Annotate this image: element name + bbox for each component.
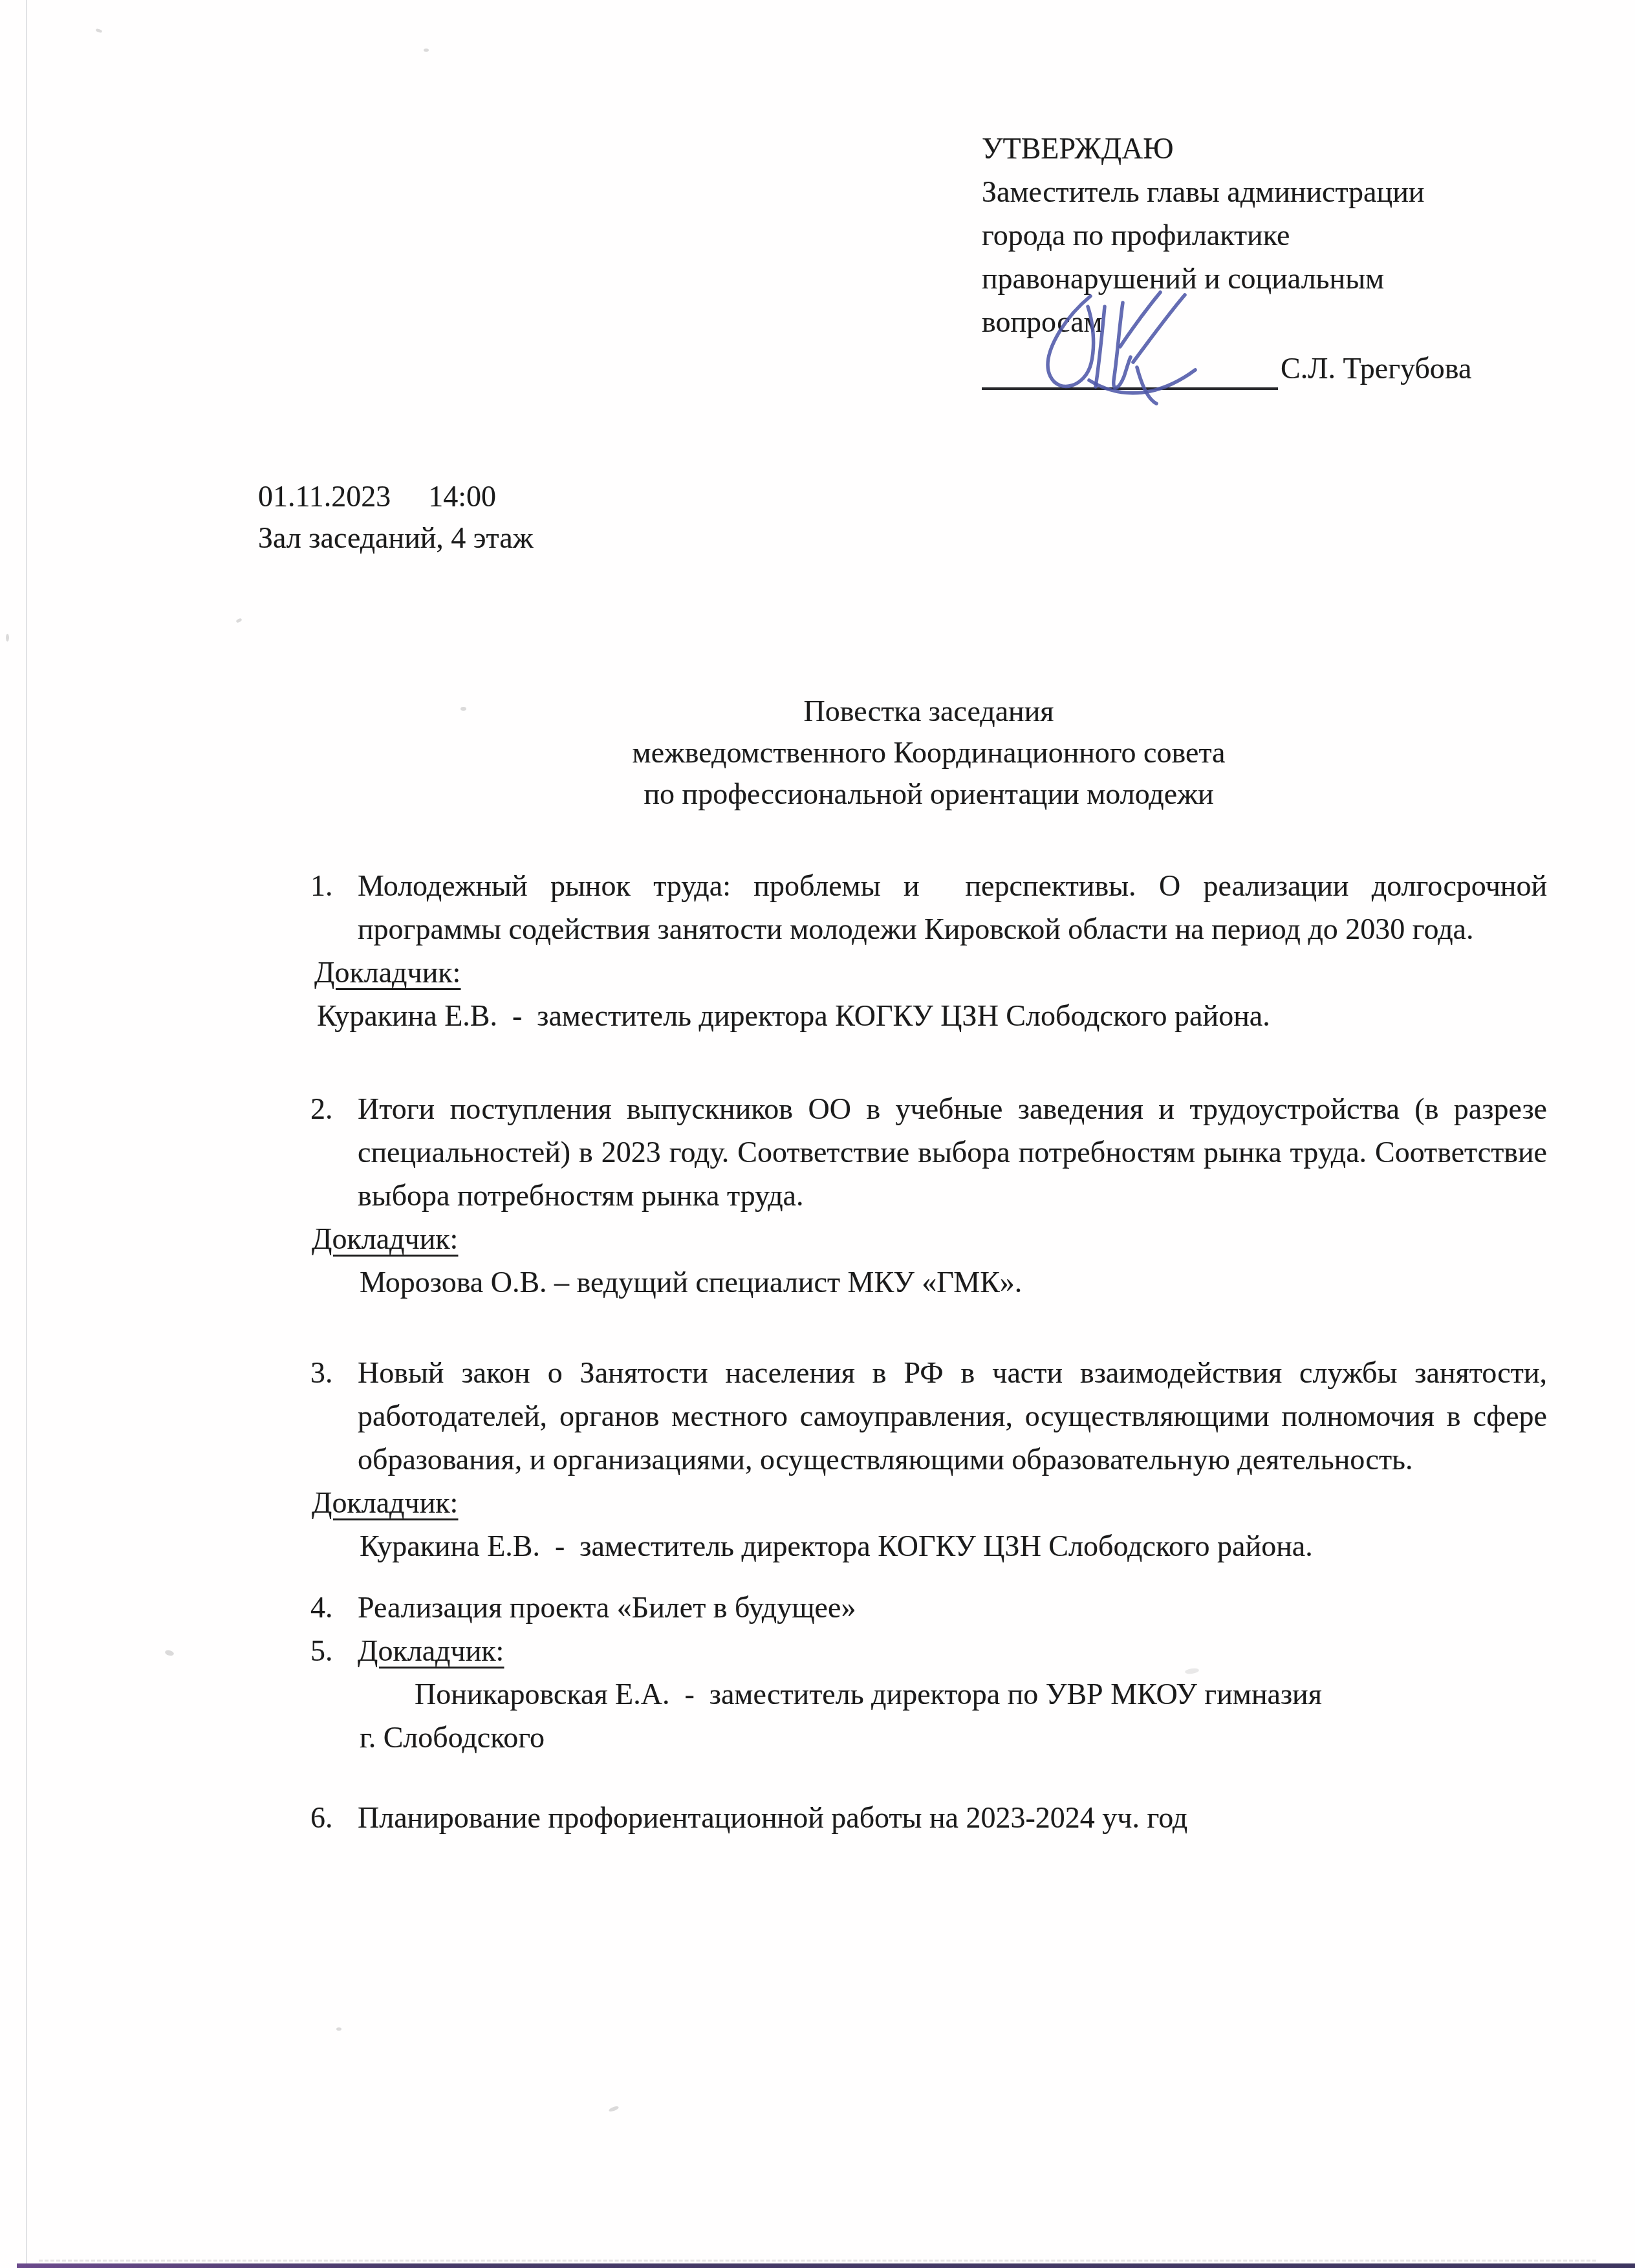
- item-text: Новый закон о Занятости населения в РФ в…: [358, 1351, 1547, 1481]
- item-text: Докладчик:: [358, 1629, 1547, 1672]
- approval-block: УТВЕРЖДАЮ Заместитель главы администраци…: [982, 127, 1564, 390]
- speaker-label: Докладчик:: [312, 1481, 458, 1524]
- title-line-1: Повестка заседания: [310, 691, 1547, 732]
- approval-position-line: города по профилактике: [982, 213, 1564, 257]
- item-number: 3.: [310, 1351, 333, 1394]
- document-title: Повестка заседания межведомственного Коо…: [310, 691, 1547, 815]
- agenda-item-2: 2. Итоги поступления выпускников ОО в уч…: [310, 1087, 1547, 1217]
- item-text: Итоги поступления выпускников ОО в учебн…: [358, 1087, 1547, 1217]
- speaker-name: Куракина Е.В. - заместитель директора КО…: [317, 994, 1547, 1037]
- meeting-location: Зал заседаний, 4 этаж: [258, 517, 533, 559]
- agenda-item-5: 5. Докладчик:: [310, 1629, 1547, 1672]
- agenda-item-1: 1. Молодежный рынок труда: проблемы и пе…: [310, 864, 1547, 951]
- item-number: 2.: [310, 1087, 333, 1130]
- speaker-name: Поникаровская Е.А. - заместитель директо…: [415, 1672, 1547, 1716]
- meeting-time: 14:00: [428, 476, 496, 517]
- meeting-date: 01.11.2023: [258, 476, 391, 517]
- scan-speckle: [336, 2027, 341, 2031]
- agenda-item-4: 4. Реализация проекта «Билет в будущее»: [310, 1586, 1547, 1629]
- agenda-item-3: 3. Новый закон о Занятости населения в Р…: [310, 1351, 1547, 1481]
- scan-speckle: [164, 1649, 175, 1656]
- agenda-list: 1. Молодежный рынок труда: проблемы и пе…: [310, 864, 1547, 1839]
- speaker-name-line2: г. Слободского: [360, 1716, 1547, 1759]
- scan-speckle: [608, 2105, 619, 2112]
- scan-bottom-noise: [39, 2260, 1596, 2262]
- approval-position-line: правонарушений и социальным: [982, 257, 1564, 300]
- item-number: 6.: [310, 1796, 333, 1839]
- approval-stamp: УТВЕРЖДАЮ: [982, 127, 1564, 170]
- item-text: Планирование профориентационной работы н…: [358, 1796, 1547, 1839]
- speaker-name: Куракина Е.В. - заместитель директора КО…: [360, 1524, 1547, 1568]
- scan-edge-left-line: [26, 0, 27, 2268]
- scan-speckle: [6, 634, 9, 642]
- datetime-row: 01.11.2023 14:00: [258, 476, 533, 517]
- datetime-block: 01.11.2023 14:00 Зал заседаний, 4 этаж: [258, 476, 533, 559]
- title-line-3: по профессиональной ориентации молодежи: [310, 773, 1547, 815]
- scan-edge-bottom-line: [17, 2263, 1635, 2268]
- item-number: 4.: [310, 1586, 333, 1629]
- speaker-name: Морозова О.В. – ведущий специалист МКУ «…: [360, 1260, 1547, 1304]
- title-line-2: межведомственного Координационного совет…: [310, 732, 1547, 773]
- speaker-label: Докладчик:: [314, 951, 460, 994]
- approval-position-line: Заместитель главы администрации: [982, 170, 1564, 213]
- item-text: Молодежный рынок труда: проблемы и персп…: [358, 864, 1547, 951]
- signature-line: [982, 354, 1278, 390]
- item-number: 5.: [310, 1629, 333, 1672]
- scanned-document-page: УТВЕРЖДАЮ Заместитель главы администраци…: [0, 0, 1635, 2268]
- speaker-label: Докладчик:: [312, 1217, 458, 1260]
- item-number: 1.: [310, 864, 333, 907]
- signatory-name: С.Л. Трегубова: [1281, 347, 1471, 390]
- scan-speckle: [95, 28, 102, 33]
- approval-position-line: вопросам: [982, 300, 1564, 343]
- signature-row: С.Л. Трегубова: [982, 343, 1564, 390]
- scan-speckle: [235, 618, 242, 623]
- agenda-item-6: 6. Планирование профориентационной работ…: [310, 1796, 1547, 1839]
- scan-speckle: [424, 49, 429, 52]
- item-text: Реализация проекта «Билет в будущее»: [358, 1586, 1547, 1629]
